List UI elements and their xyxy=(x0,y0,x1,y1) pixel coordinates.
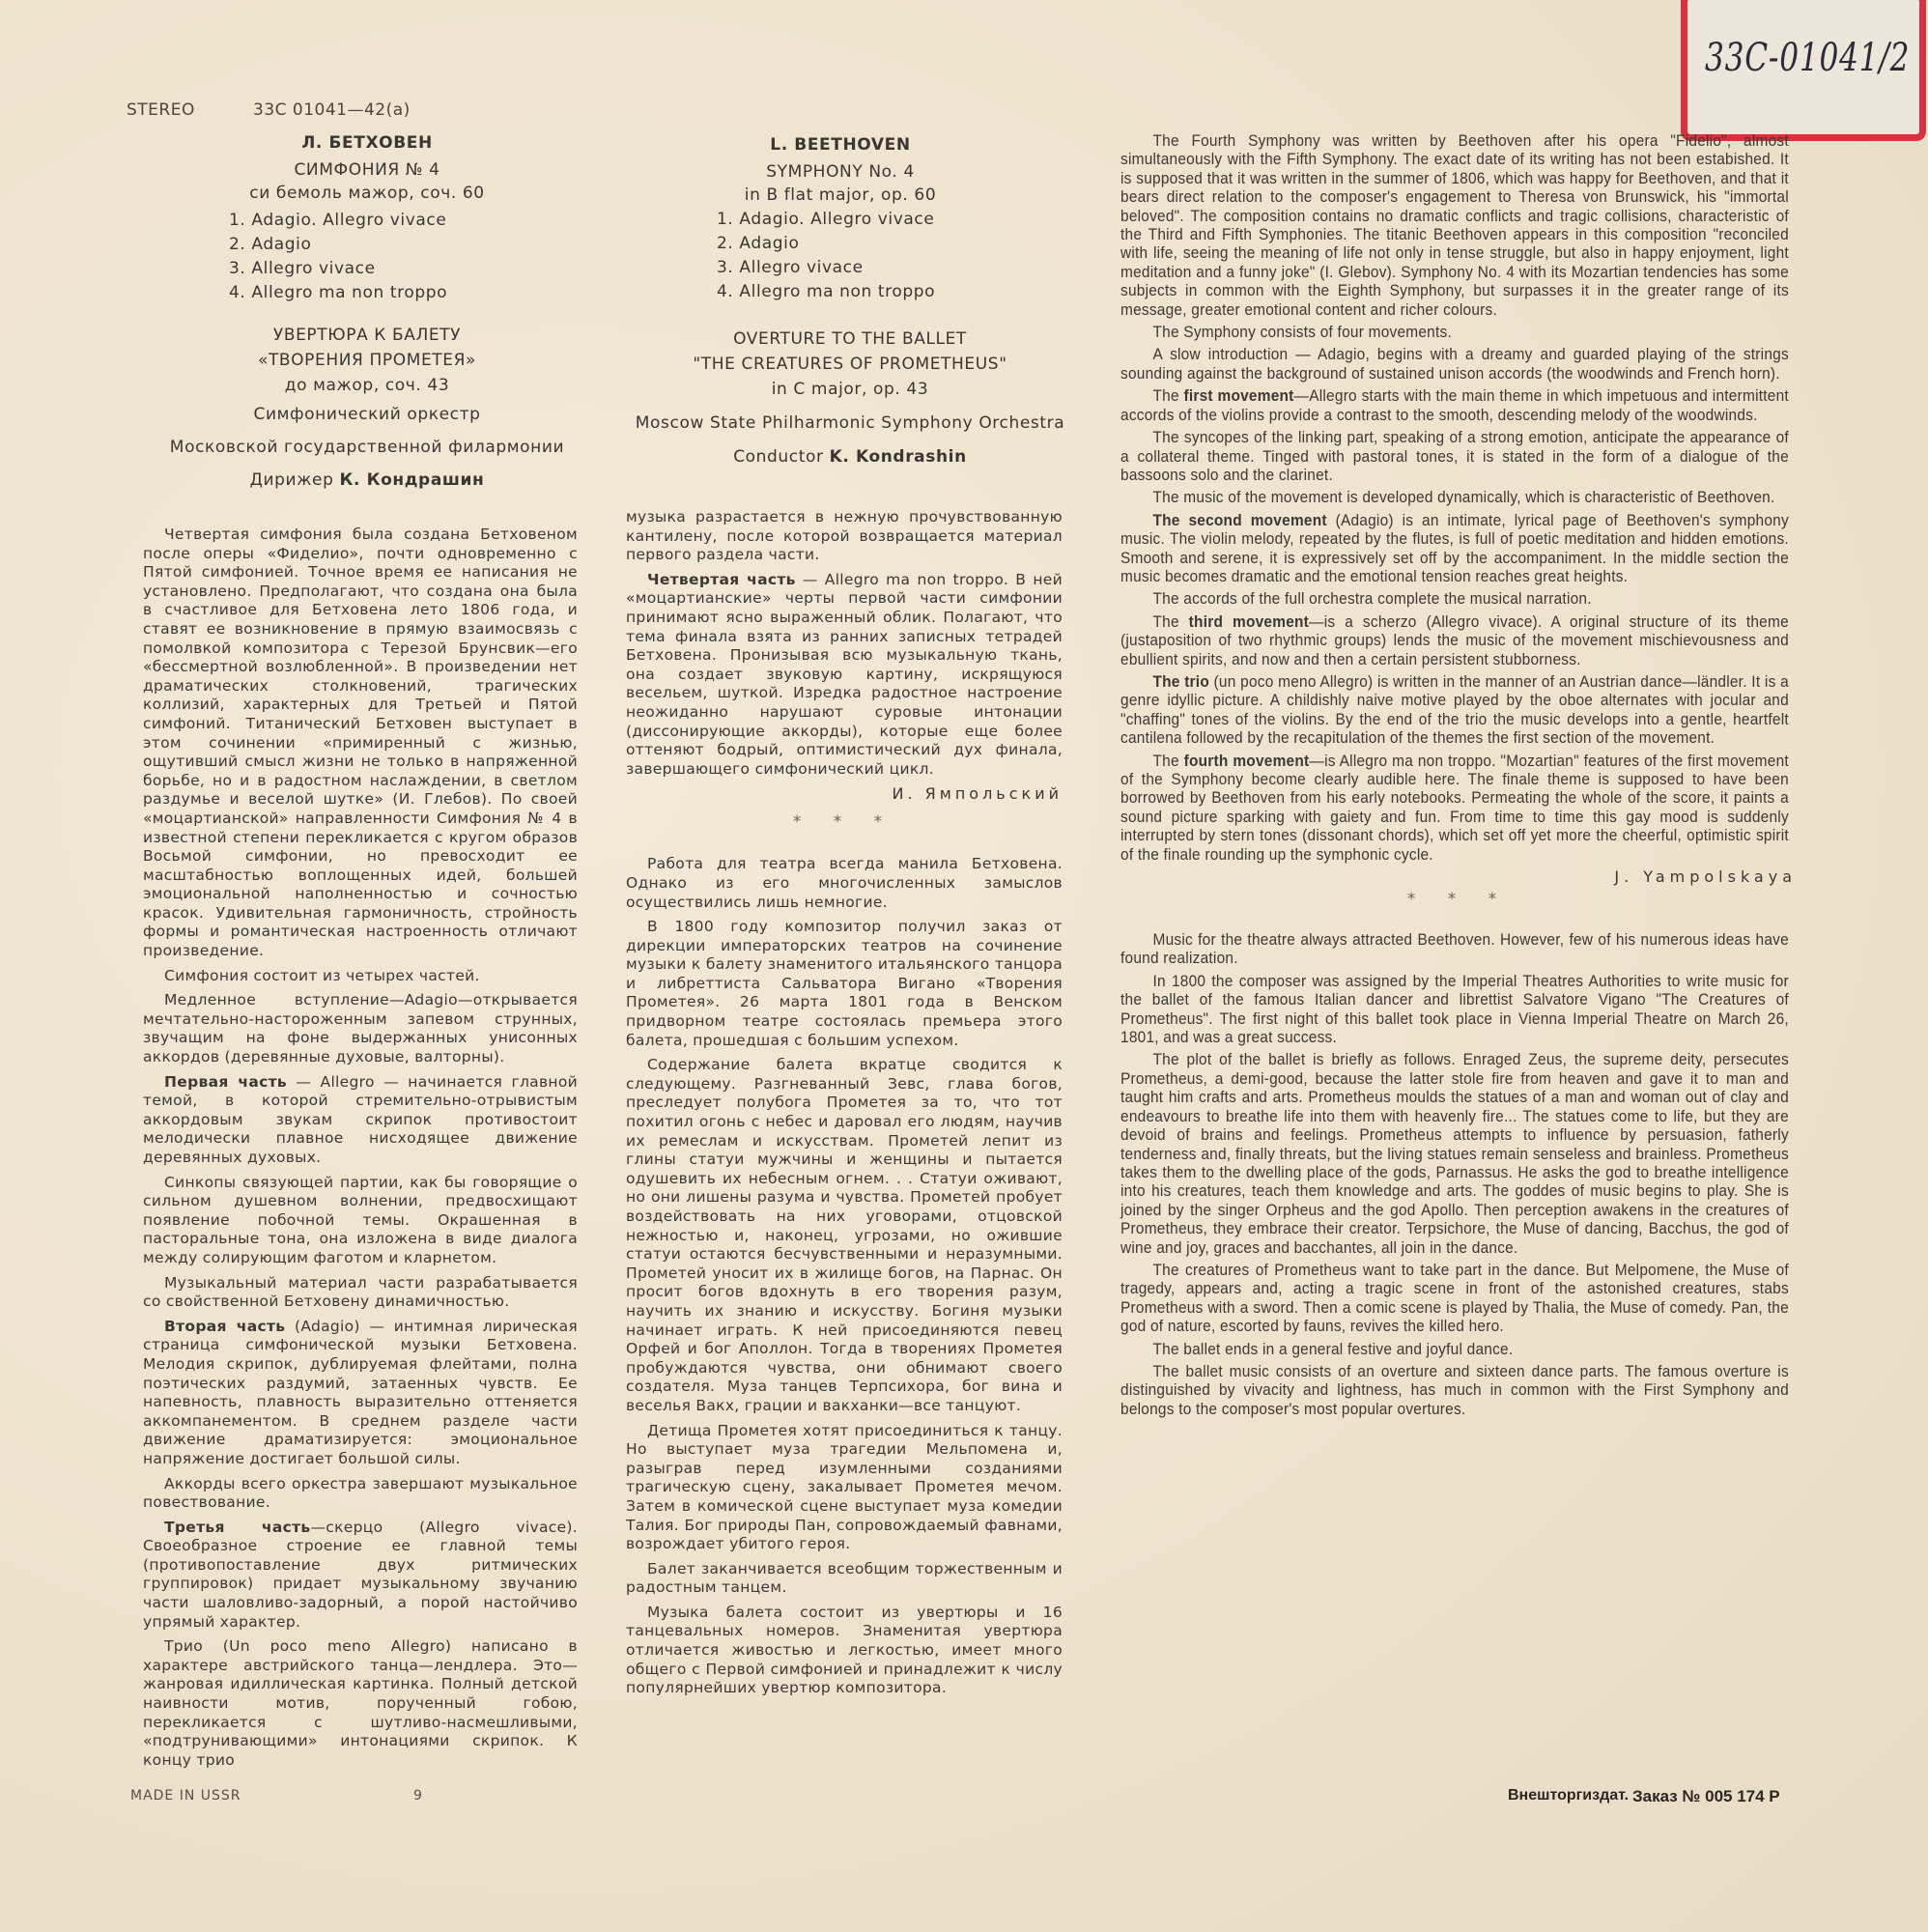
work-title-en: SYMPHONY No. 4 xyxy=(618,160,1063,184)
orchestra-line1-ru: Симфонический оркестр xyxy=(126,398,609,431)
paragraph-lead: The trio xyxy=(1152,672,1209,691)
paragraph: Работа для театра всегда манила Бетховен… xyxy=(626,855,1063,912)
paragraph: Трио (Un poco meno Allegro) написано в х… xyxy=(143,1637,578,1770)
paragraph: Вторая часть (Adagio) — интимная лиричес… xyxy=(143,1318,578,1469)
handwritten-catalog-number: 33С-01041/2 xyxy=(1705,36,1910,80)
paragraph: The fourth movement—is Allegro ma non tr… xyxy=(1120,752,1789,864)
paragraph-lead: Вторая часть xyxy=(164,1318,285,1335)
composer-ru: Л. БЕТХОВЕН xyxy=(193,131,541,155)
conductor-label-en: Conductor xyxy=(733,447,823,467)
catalog-number: 33С 01041—42(а) xyxy=(253,100,411,120)
signature-en: J. Yampolskaya xyxy=(1120,867,1797,886)
movement-item: 3. Allegro vivace xyxy=(229,257,447,281)
paragraph: Четвертая симфония была создана Бетховен… xyxy=(143,526,578,961)
order-number: Заказ № 005 174 Р xyxy=(1632,1787,1780,1806)
paragraph: In 1800 the composer was assigned by the… xyxy=(1120,972,1789,1047)
movement-list-en: 1. Adagio. Allegro vivace 2. Adagio 3. A… xyxy=(717,208,935,304)
paragraph: Симфония состоит из четырех частей. xyxy=(143,967,578,986)
overture-line1-ru: УВЕРТЮРА К БАЛЕТУ xyxy=(126,323,609,348)
movement-item: 4. Allegro ma non troppo xyxy=(229,281,447,305)
made-in-label: MADE IN USSR xyxy=(130,1788,241,1804)
paragraph: The creatures of Prometheus want to take… xyxy=(1120,1261,1789,1336)
paragraph: Music for the theatre always attracted B… xyxy=(1120,930,1789,968)
russian-notes-symphony-end: музыка разрастается в нежную прочувствов… xyxy=(626,508,1063,779)
composer-en: L. BEETHOVEN xyxy=(618,133,1063,156)
paragraph: Медленное вступление—Adagio—открывается … xyxy=(143,991,578,1066)
paragraph-lead: third movement xyxy=(1189,612,1309,631)
movement-item: 1. Adagio. Allegro vivace xyxy=(229,209,447,233)
paragraph-lead: first movement xyxy=(1183,386,1293,405)
english-notes-ballet: Music for the theatre always attracted B… xyxy=(1120,930,1789,1418)
paragraph: The trio (un poco meno Allegro) is writt… xyxy=(1120,672,1789,748)
paragraph: A slow introduction — Adagio, begins wit… xyxy=(1120,345,1789,383)
paragraph: The Symphony consists of four movements. xyxy=(1120,323,1789,341)
overture-line2-ru: «ТВОРЕНИЯ ПРОМЕТЕЯ» xyxy=(126,348,609,373)
paragraph: The accords of the full orchestra comple… xyxy=(1120,589,1789,608)
movement-list-ru: 1. Adagio. Allegro vivace 2. Adagio 3. A… xyxy=(229,209,447,305)
russian-notes-ballet: Работа для театра всегда манила Бетховен… xyxy=(626,855,1063,1698)
paragraph: The second movement (Adagio) is an intim… xyxy=(1120,511,1789,586)
paragraph-lead: Третья часть xyxy=(164,1519,311,1536)
russian-title-block: Л. БЕТХОВЕН СИМФОНИЯ № 4 си бемоль мажор… xyxy=(193,131,541,205)
paragraph: The first movement—Allegro starts with t… xyxy=(1120,386,1789,424)
paragraph: музыка разрастается в нежную прочувствов… xyxy=(626,508,1063,565)
paragraph: Музыка балета состоит из увертюры и 16 т… xyxy=(626,1604,1063,1698)
paragraph: Балет заканчивается всеобщим торжественн… xyxy=(626,1560,1063,1598)
overture-line1-en: OVERTURE TO THE BALLET xyxy=(609,327,1092,352)
movement-item: 2. Adagio xyxy=(229,233,447,257)
movement-item: 2. Adagio xyxy=(717,232,935,256)
movement-item: 4. Allegro ma non troppo xyxy=(717,280,935,304)
movement-item: 3. Allegro vivace xyxy=(717,256,935,280)
paragraph: The music of the movement is developed d… xyxy=(1120,488,1789,506)
movement-item: 1. Adagio. Allegro vivace xyxy=(717,208,935,232)
paragraph: Первая часть — Allegro — начинается глав… xyxy=(143,1073,578,1168)
orchestra-line2-ru: Московской государственной филармонии xyxy=(126,431,609,464)
separator-ru: * * * xyxy=(626,812,1063,832)
english-notes-symphony: The Fourth Symphony was written by Beeth… xyxy=(1120,131,1789,864)
paragraph: The ballet ends in a general festive and… xyxy=(1120,1340,1789,1358)
overture-block-en: OVERTURE TO THE BALLET "THE CREATURES OF… xyxy=(609,327,1092,473)
overture-key-ru: до мажор, соч. 43 xyxy=(126,373,609,398)
overture-key-en: in C major, op. 43 xyxy=(609,377,1092,402)
conductor-en: Conductor K. Kondrashin xyxy=(609,440,1092,473)
paragraph: The third movement—is a scherzo (Allegro… xyxy=(1120,612,1789,668)
conductor-name-en: K. Kondrashin xyxy=(830,447,967,467)
paragraph: The plot of the ballet is briefly as fol… xyxy=(1120,1050,1789,1256)
paragraph: Музыкальный материал части разрабатывает… xyxy=(143,1274,578,1312)
paragraph-lead: The second movement xyxy=(1152,511,1326,529)
catalog-sticker: 33С-01041/2 xyxy=(1681,0,1926,141)
russian-notes-column-2: музыка разрастается в нежную прочувствов… xyxy=(626,508,1063,1704)
paragraph: The Fourth Symphony was written by Beeth… xyxy=(1120,131,1789,319)
russian-notes-column-1: Четвертая симфония была создана Бетховен… xyxy=(143,526,578,1776)
paragraph: Третья часть—скерцо (Allegro vivace). Св… xyxy=(143,1519,578,1633)
overture-line2-en: "THE CREATURES OF PROMETHEUS" xyxy=(609,352,1092,377)
work-key-ru: си бемоль мажор, соч. 60 xyxy=(193,182,541,205)
stereo-label: STEREO xyxy=(127,100,195,120)
work-key-en: in B flat major, op. 60 xyxy=(618,184,1063,207)
conductor-ru: Дирижер К. Кондрашин xyxy=(126,464,609,497)
english-notes-column: The Fourth Symphony was written by Beeth… xyxy=(1120,131,1797,1422)
english-title-block: L. BEETHOVEN SYMPHONY No. 4 in B flat ma… xyxy=(618,133,1063,207)
separator-en: * * * xyxy=(1120,890,1797,909)
paragraph: The ballet music consists of an overture… xyxy=(1120,1362,1789,1418)
signature-ru: И. Ямпольский xyxy=(626,784,1063,803)
work-title-ru: СИМФОНИЯ № 4 xyxy=(193,158,541,182)
orchestra-en: Moscow State Philharmonic Symphony Orche… xyxy=(609,406,1092,440)
paragraph: Содержание балета вкратце сводится к сле… xyxy=(626,1056,1063,1415)
paragraph: The syncopes of the linking part, speaki… xyxy=(1120,428,1789,484)
paragraph: В 1800 году композитор получил заказ от … xyxy=(626,918,1063,1050)
paragraph: Синкопы связующей партии, как бы говорящ… xyxy=(143,1174,578,1268)
page-number: 9 xyxy=(413,1788,423,1804)
conductor-name-ru: К. Кондрашин xyxy=(340,470,485,490)
paragraph-lead: Первая часть xyxy=(164,1073,287,1091)
paragraph: Четвертая часть — Allegro ma non troppo.… xyxy=(626,571,1063,780)
conductor-label-ru: Дирижер xyxy=(250,470,334,490)
paragraph: Детища Прометея хотят присоединиться к т… xyxy=(626,1422,1063,1554)
paragraph-lead: fourth movement xyxy=(1184,752,1310,770)
publisher-label: Внешторгиздат. xyxy=(1508,1787,1629,1804)
paragraph: Аккорды всего оркестра завершают музыкал… xyxy=(143,1475,578,1513)
paragraph-lead: Четвертая часть xyxy=(647,571,796,588)
overture-block-ru: УВЕРТЮРА К БАЛЕТУ «ТВОРЕНИЯ ПРОМЕТЕЯ» до… xyxy=(126,323,609,497)
